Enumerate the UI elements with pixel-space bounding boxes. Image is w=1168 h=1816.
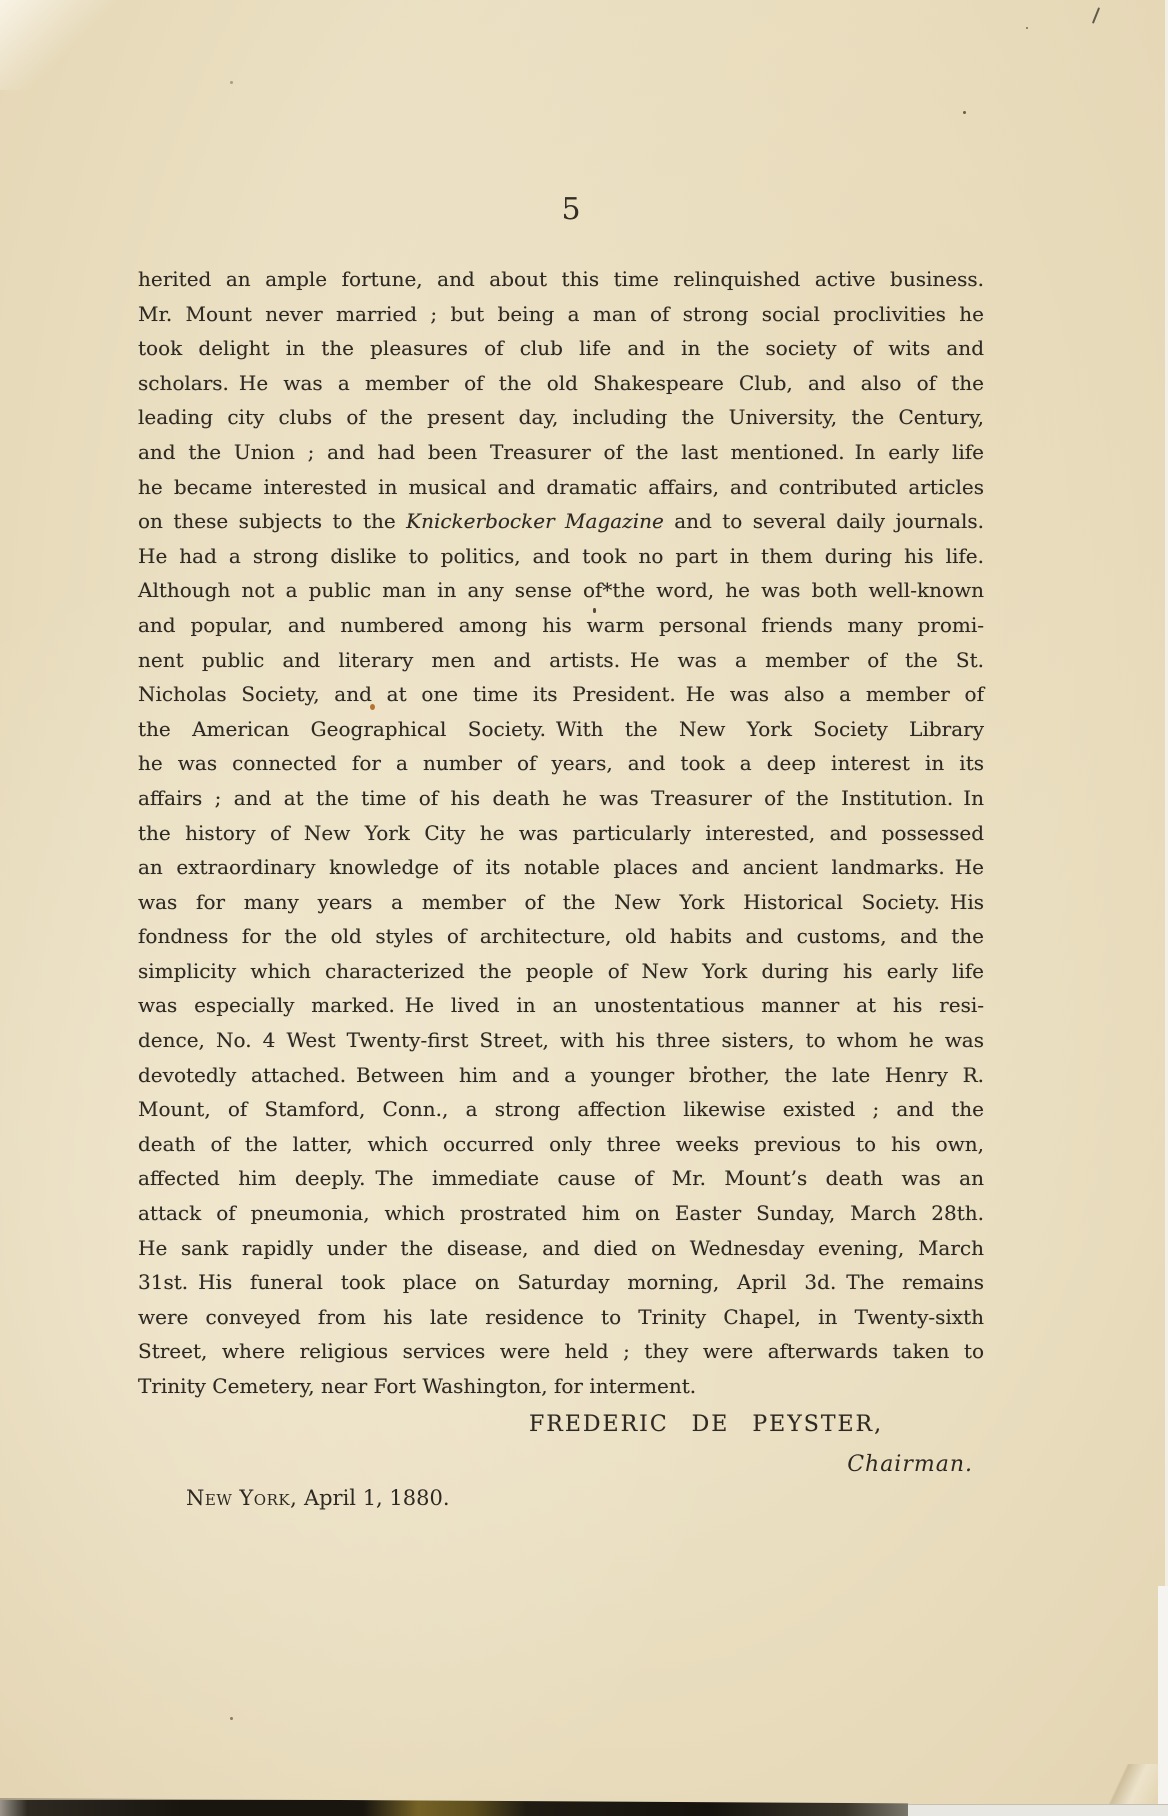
ink-speck bbox=[963, 111, 966, 114]
dateline-place: New York, bbox=[186, 1486, 297, 1510]
text-line: 31st. His funeral took place on Saturday… bbox=[138, 1265, 984, 1300]
text-line: scholars. He was a member of the old Sha… bbox=[138, 366, 984, 401]
text-line: were conveyed from his late residence to… bbox=[138, 1300, 984, 1335]
text-line: dence, No. 4 West Twenty-first Street, w… bbox=[138, 1023, 984, 1058]
text-line: Trinity Cemetery, near Fort Washington, … bbox=[138, 1369, 984, 1404]
signature-name: FREDERIC DE PEYSTER, bbox=[138, 1407, 984, 1442]
ink-speck-orange bbox=[370, 704, 375, 710]
text-segment: on these subjects to the bbox=[138, 509, 406, 533]
text-line: Mr. Mount never married ; but being a ma… bbox=[138, 297, 984, 332]
scan-hair-mark bbox=[1092, 7, 1100, 24]
text-line: devotedly attached. Between him and a yo… bbox=[138, 1058, 984, 1093]
text-line: fondness for the old styles of architect… bbox=[138, 919, 984, 954]
text-line: took delight in the pleasures of club li… bbox=[138, 331, 984, 366]
scanned-page: 5 herited an ample fortune, and about th… bbox=[0, 0, 1168, 1816]
text-line: herited an ample fortune, and about this… bbox=[138, 262, 984, 297]
italic-title-segment: Knickerbocker Magazine bbox=[406, 509, 664, 533]
scan-edge-dark bbox=[0, 1798, 908, 1816]
dateline: New York, April 1, 1880. bbox=[138, 1482, 984, 1514]
ink-speck bbox=[230, 1717, 233, 1720]
ink-speck bbox=[593, 608, 596, 613]
text-line: he became interested in musical and dram… bbox=[138, 470, 984, 505]
text-line: was for many years a member of the New Y… bbox=[138, 885, 984, 920]
body-text: herited an ample fortune, and about this… bbox=[138, 262, 984, 1514]
text-line: simplicity which characterized the peopl… bbox=[138, 954, 984, 989]
text-line: affairs ; and at the time of his death h… bbox=[138, 781, 984, 816]
page-corner-fold bbox=[1065, 1764, 1160, 1806]
text-line: and the Union ; and had been Treasurer o… bbox=[138, 435, 984, 470]
text-line: He sank rapidly under the disease, and d… bbox=[138, 1231, 984, 1266]
page-number: 5 bbox=[138, 192, 994, 227]
scan-edge-light bbox=[908, 1804, 1168, 1816]
text-line: death of the latter, which occurred only… bbox=[138, 1127, 984, 1162]
text-line: Street, where religious services were he… bbox=[138, 1334, 984, 1369]
signature-title: Chairman. bbox=[138, 1448, 984, 1482]
text-line: he was connected for a number of years, … bbox=[138, 746, 984, 781]
text-line: He had a strong dislike to politics, and… bbox=[138, 539, 984, 574]
text-line: affected him deeply. The immediate cause… bbox=[138, 1161, 984, 1196]
paragraph: herited an ample fortune, and about this… bbox=[138, 262, 984, 1404]
text-segment: and to several daily journals. bbox=[664, 509, 984, 533]
text-line: leading city clubs of the present day, i… bbox=[138, 400, 984, 435]
ink-speck bbox=[1026, 27, 1028, 29]
text-line: Although not a public man in any sense o… bbox=[138, 573, 984, 608]
text-line: attack of pneumonia, which prostrated hi… bbox=[138, 1196, 984, 1231]
text-line: on these subjects to the Knickerbocker M… bbox=[138, 504, 984, 539]
ink-speck bbox=[704, 1066, 707, 1069]
text-line: the American Geographical Society. With … bbox=[138, 712, 984, 747]
text-line: Nicholas Society, and at one time its Pr… bbox=[138, 677, 984, 712]
dateline-date: April 1, 1880. bbox=[297, 1486, 449, 1510]
text-line: the history of New York City he was part… bbox=[138, 816, 984, 851]
text-line: and popular, and numbered among his warm… bbox=[138, 608, 984, 643]
ink-speck bbox=[230, 81, 233, 84]
text-line: was especially marked. He lived in an un… bbox=[138, 988, 984, 1023]
page-corner-highlight bbox=[0, 0, 130, 90]
text-line: Mount, of Stamford, Conn., a strong affe… bbox=[138, 1092, 984, 1127]
text-line: nent public and literary men and artists… bbox=[138, 643, 984, 678]
text-line: an extraordinary knowledge of its notabl… bbox=[138, 850, 984, 885]
